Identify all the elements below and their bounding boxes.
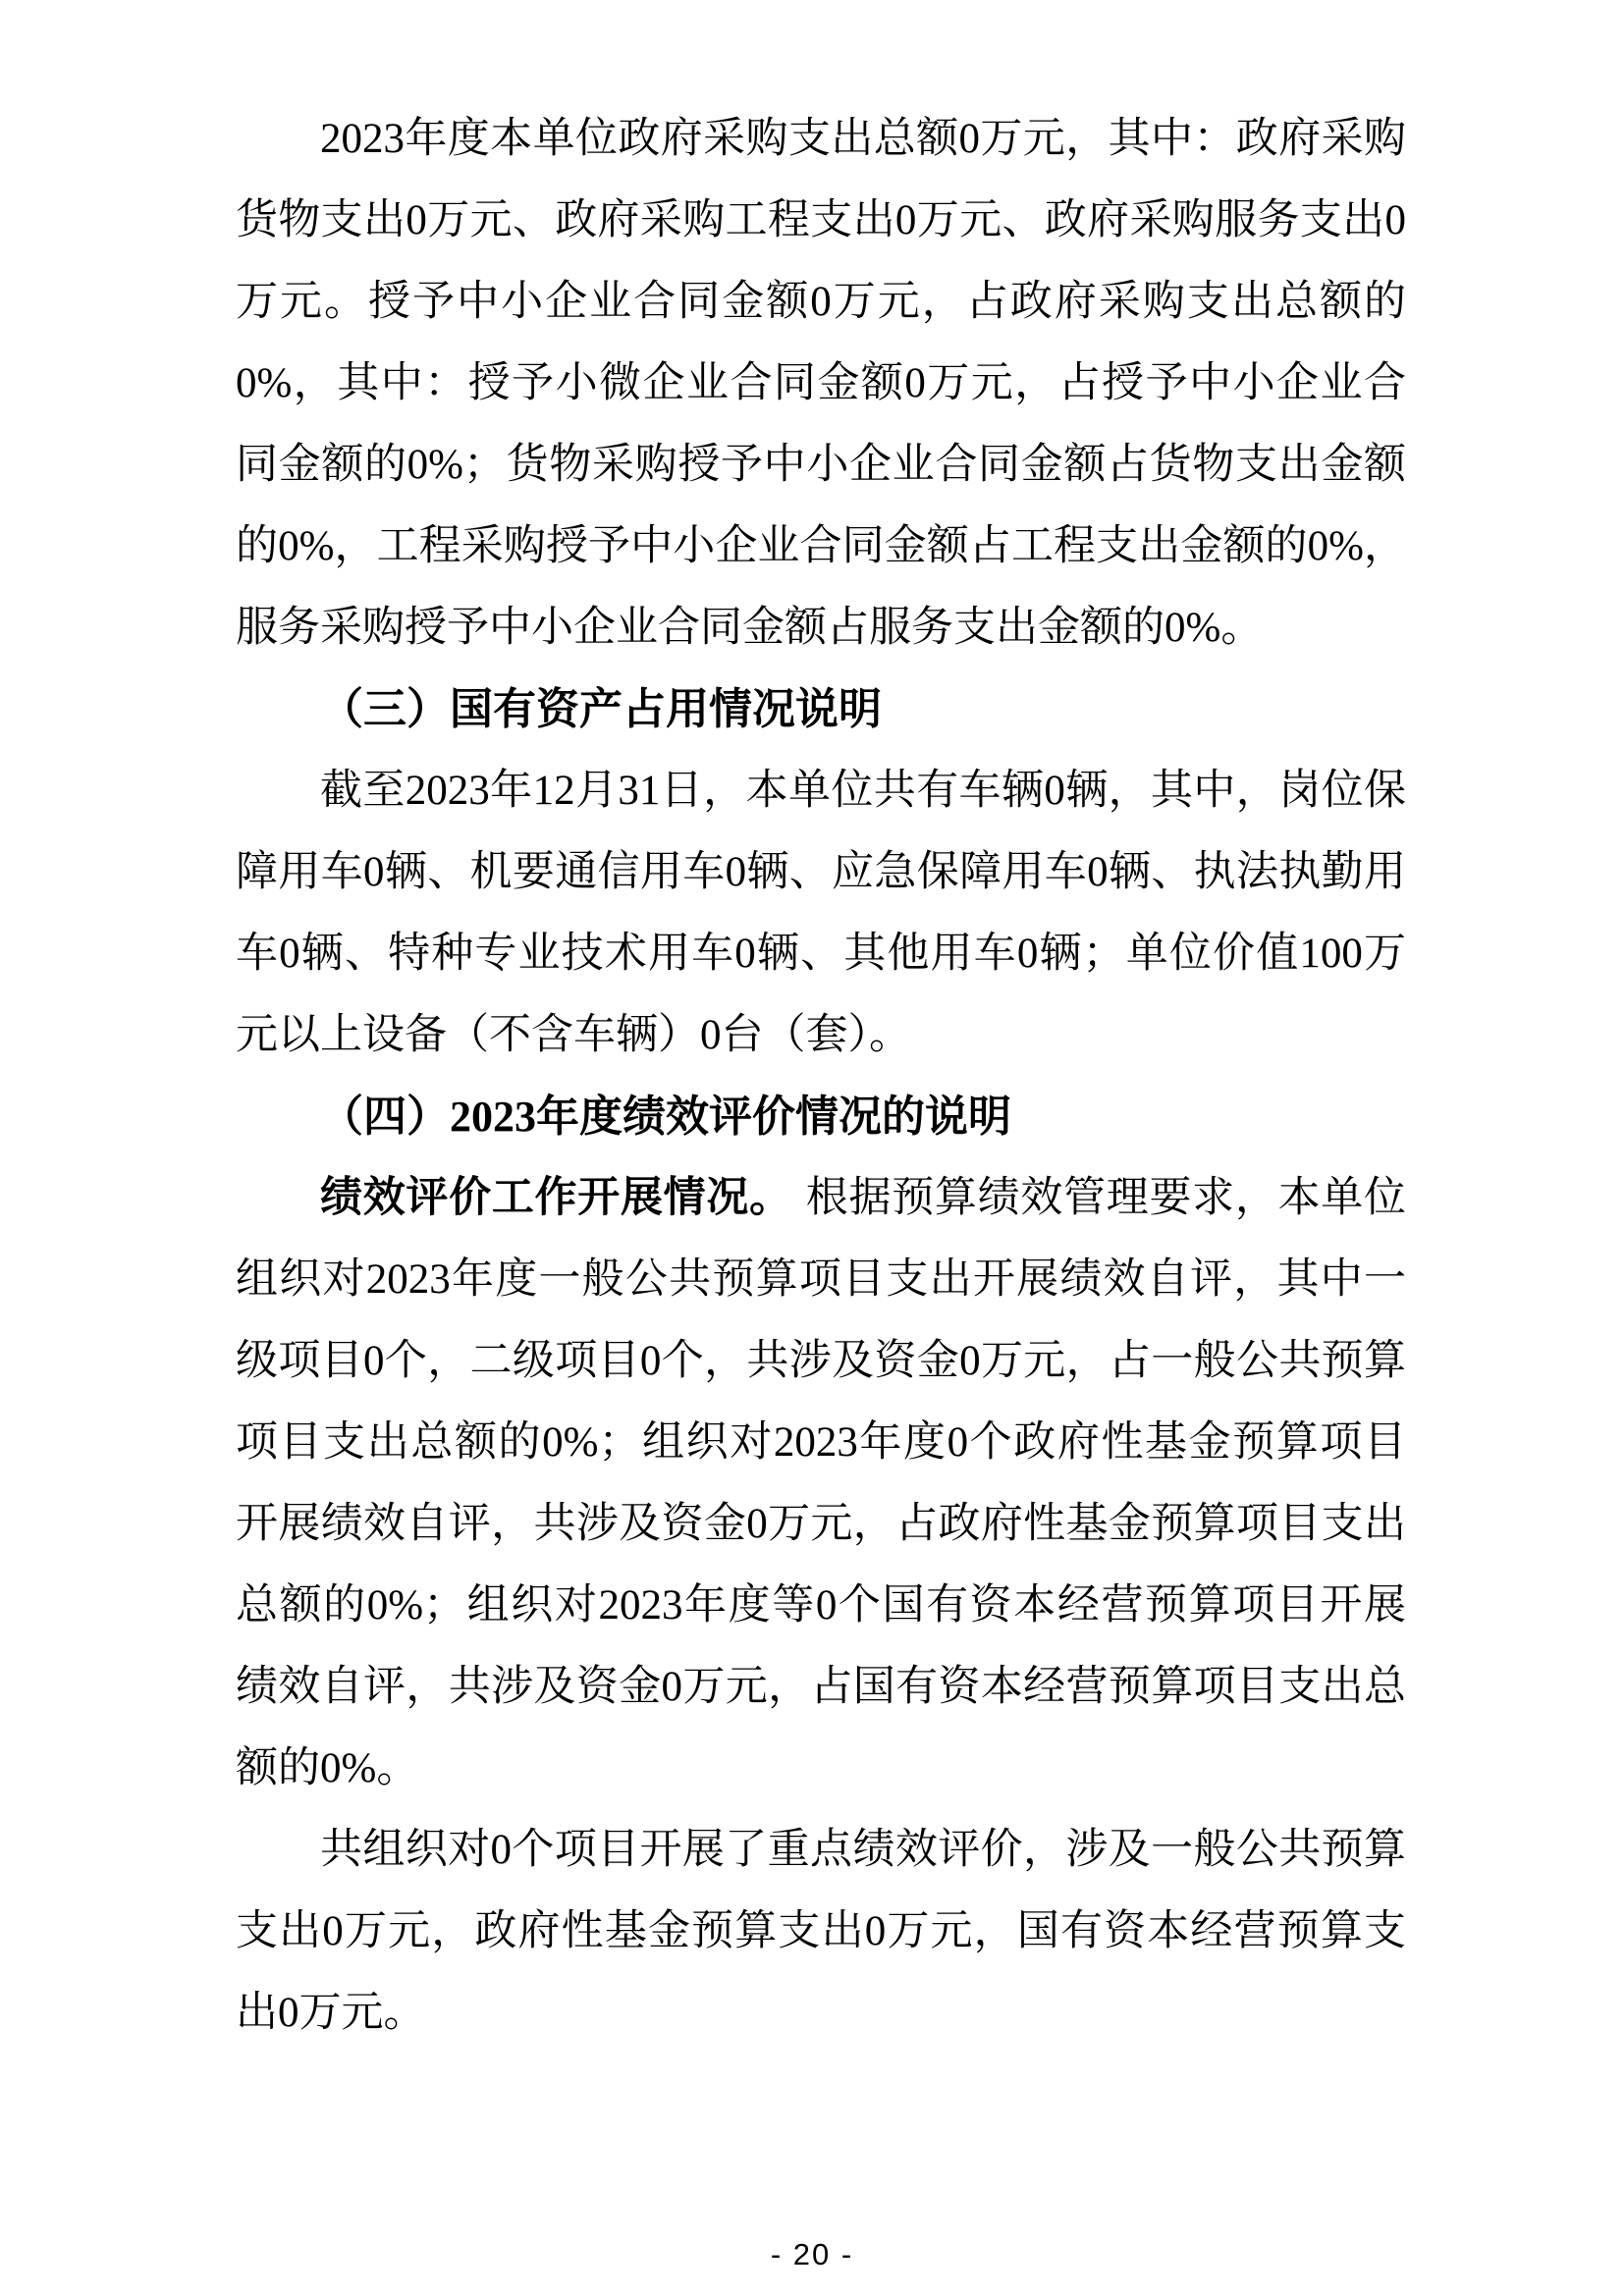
heading-state-assets-section: （三）国有资产占用情况说明 (236, 668, 1406, 750)
page-number: - 20 - (771, 2237, 853, 2271)
document-page: 2023年度本单位政府采购支出总额0万元，其中：政府采购货物支出0万元、政府采购… (0, 0, 1624, 2296)
paragraph-rest-text: 根据预算绩效管理要求，本单位组织对2023年度一般公共预算项目支出开展绩效自评，… (236, 1175, 1406, 1791)
paragraph-lead-bold: 绩效评价工作开展情况。 (320, 1175, 792, 1221)
page-footer: - 20 - (0, 2237, 1624, 2272)
paragraph-government-procurement: 2023年度本单位政府采购支出总额0万元，其中：政府采购货物支出0万元、政府采购… (236, 98, 1406, 668)
paragraph-state-assets: 截至2023年12月31日，本单位共有车辆0辆，其中，岗位保障用车0辆、机要通信… (236, 750, 1406, 1076)
heading-performance-evaluation-section: （四）2023年度绩效评价情况的说明 (236, 1076, 1406, 1157)
paragraph-key-performance-evaluation: 共组织对0个项目开展了重点绩效评价，涉及一般公共预算支出0万元，政府性基金预算支… (236, 1809, 1406, 2054)
document-body: 2023年度本单位政府采购支出总额0万元，其中：政府采购货物支出0万元、政府采购… (236, 98, 1406, 2054)
paragraph-performance-self-evaluation: 绩效评价工作开展情况。根据预算绩效管理要求，本单位组织对2023年度一般公共预算… (236, 1157, 1406, 1809)
